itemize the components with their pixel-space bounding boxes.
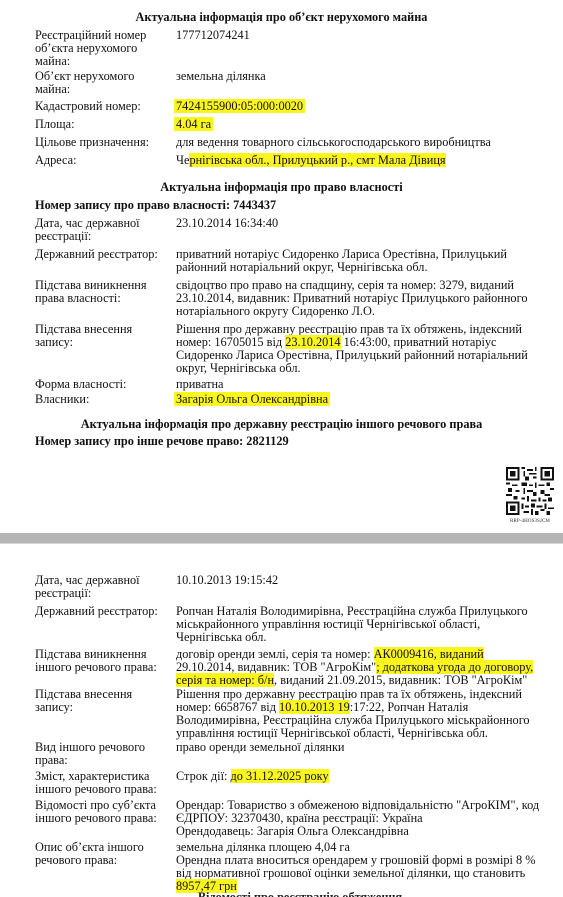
field-label: Підстава внесення запису:: [35, 688, 170, 714]
cadastral-number-highlighted: 7424155900:05:000:0020: [174, 99, 305, 113]
field-label: Адреса:: [35, 154, 170, 167]
qr-code-icon: [506, 467, 554, 515]
other-right-section-title: Актуальна інформація про державну реєстр…: [0, 418, 563, 431]
field-label: Опис об’єкта іншого речового права:: [35, 841, 170, 867]
cutoff-section-title: Відомості про реєстрацію обтяження: [150, 891, 450, 897]
area-highlighted: 4.04 га: [174, 117, 213, 131]
field-label: Дата, час державної реєстрації:: [35, 217, 170, 243]
field-label: Відомості про суб’єкта іншого речового п…: [35, 799, 170, 825]
address-prefix: Че: [176, 153, 189, 167]
field-value: приватний нотаріус Сидоренко Лариса Орес…: [176, 248, 541, 274]
contract-number-highlighted: АК0009416, виданий: [374, 647, 484, 661]
page-separator: [0, 533, 563, 544]
field-value: 23.10.2014 16:34:40: [176, 217, 541, 230]
field-label: Об’єкт нерухомого майна:: [35, 70, 170, 96]
field-value: для ведення товарного сільськогосподарсь…: [176, 136, 556, 149]
field-label: Власники:: [35, 393, 170, 406]
basis-text: договір оренди землі, серія та номер:: [176, 647, 374, 661]
term-label: Строк дії:: [176, 769, 231, 783]
qr-code-caption: RRP-4HOS3SJCM: [500, 519, 560, 525]
field-value: свідоцтво про право на спадщину, серія т…: [176, 279, 541, 318]
other-right-record-number: Номер запису про інше речове право: 2821…: [35, 435, 289, 448]
field-label: Дата, час державної реєстрації:: [35, 574, 170, 600]
field-label: Цільове призначення:: [35, 136, 170, 149]
field-label: Зміст, характеристика іншого речового пр…: [35, 770, 170, 796]
ownership-section-title: Актуальна інформація про право власності: [0, 181, 563, 194]
field-label: Підстава виникнення права власності:: [35, 279, 170, 305]
entry-basis-date-highlighted: 23.10.2014: [285, 335, 340, 349]
basis-text-mid: 29.10.2014, видавник: ТОВ "АгроКім": [176, 660, 376, 674]
term-date-highlighted: до 31.12.2025 року: [231, 769, 329, 783]
document-page-2: Дата, час державної реєстрації: 10.10.20…: [0, 544, 563, 897]
field-label: Кадастровий номер:: [35, 100, 170, 113]
tenant-info: Орендар: Товариство з обмеженою відповід…: [176, 799, 541, 825]
field-value: 10.10.2013 19:15:42: [176, 574, 541, 587]
field-value: приватна: [176, 378, 541, 391]
landlord-info: Орендодавець: Загарія Ольга Олександрівн…: [176, 825, 541, 838]
address-highlighted: рнігівська обл., Прилуцький р., смт Мала…: [189, 153, 445, 167]
field-value: земельна ділянка: [176, 70, 541, 83]
entry-basis-date-highlighted: 10.10.2013 19: [279, 700, 350, 714]
ownership-record-number: Номер запису про право власності: 744343…: [35, 199, 276, 212]
field-value: право оренди земельної ділянки: [176, 741, 541, 754]
field-value: Ропчан Наталія Володимирівна, Реєстрацій…: [176, 605, 541, 644]
field-label: Державний реєстратор:: [35, 248, 170, 261]
field-label: Площа:: [35, 118, 170, 131]
field-label: Підстава виникнення іншого речового прав…: [35, 648, 170, 674]
rent-description: Орендна плата вноситься орендарем у грош…: [176, 853, 536, 880]
owner-name-highlighted: Загарія Ольга Олександрівна: [174, 392, 330, 406]
object-section-title: Актуальна інформація про об’єкт нерухомо…: [0, 11, 563, 24]
field-label: Вид іншого речового права:: [35, 741, 170, 767]
document-page-1: Актуальна інформація про об’єкт нерухомо…: [0, 0, 563, 533]
field-label: Форма власності:: [35, 378, 170, 391]
field-value: 177712074241: [176, 29, 541, 42]
field-label: Державний реєстратор:: [35, 605, 170, 618]
field-label: Підстава внесення запису:: [35, 323, 170, 349]
field-label: Реєстраційний номер об’єкта нерухомого м…: [35, 29, 170, 68]
basis-text-rest: , виданий 21.09.2015, видавник: ТОВ "Агр…: [274, 673, 527, 687]
